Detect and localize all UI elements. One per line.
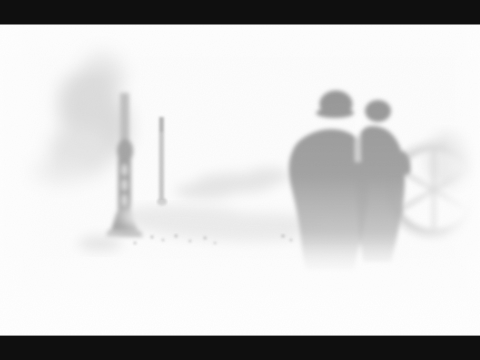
photo-canvas [0, 0, 480, 360]
letterbox-top-bar [0, 0, 480, 25]
film-grain [0, 24, 480, 335]
letterbox-bottom-bar [0, 335, 480, 360]
video-frame[interactable] [0, 0, 480, 360]
